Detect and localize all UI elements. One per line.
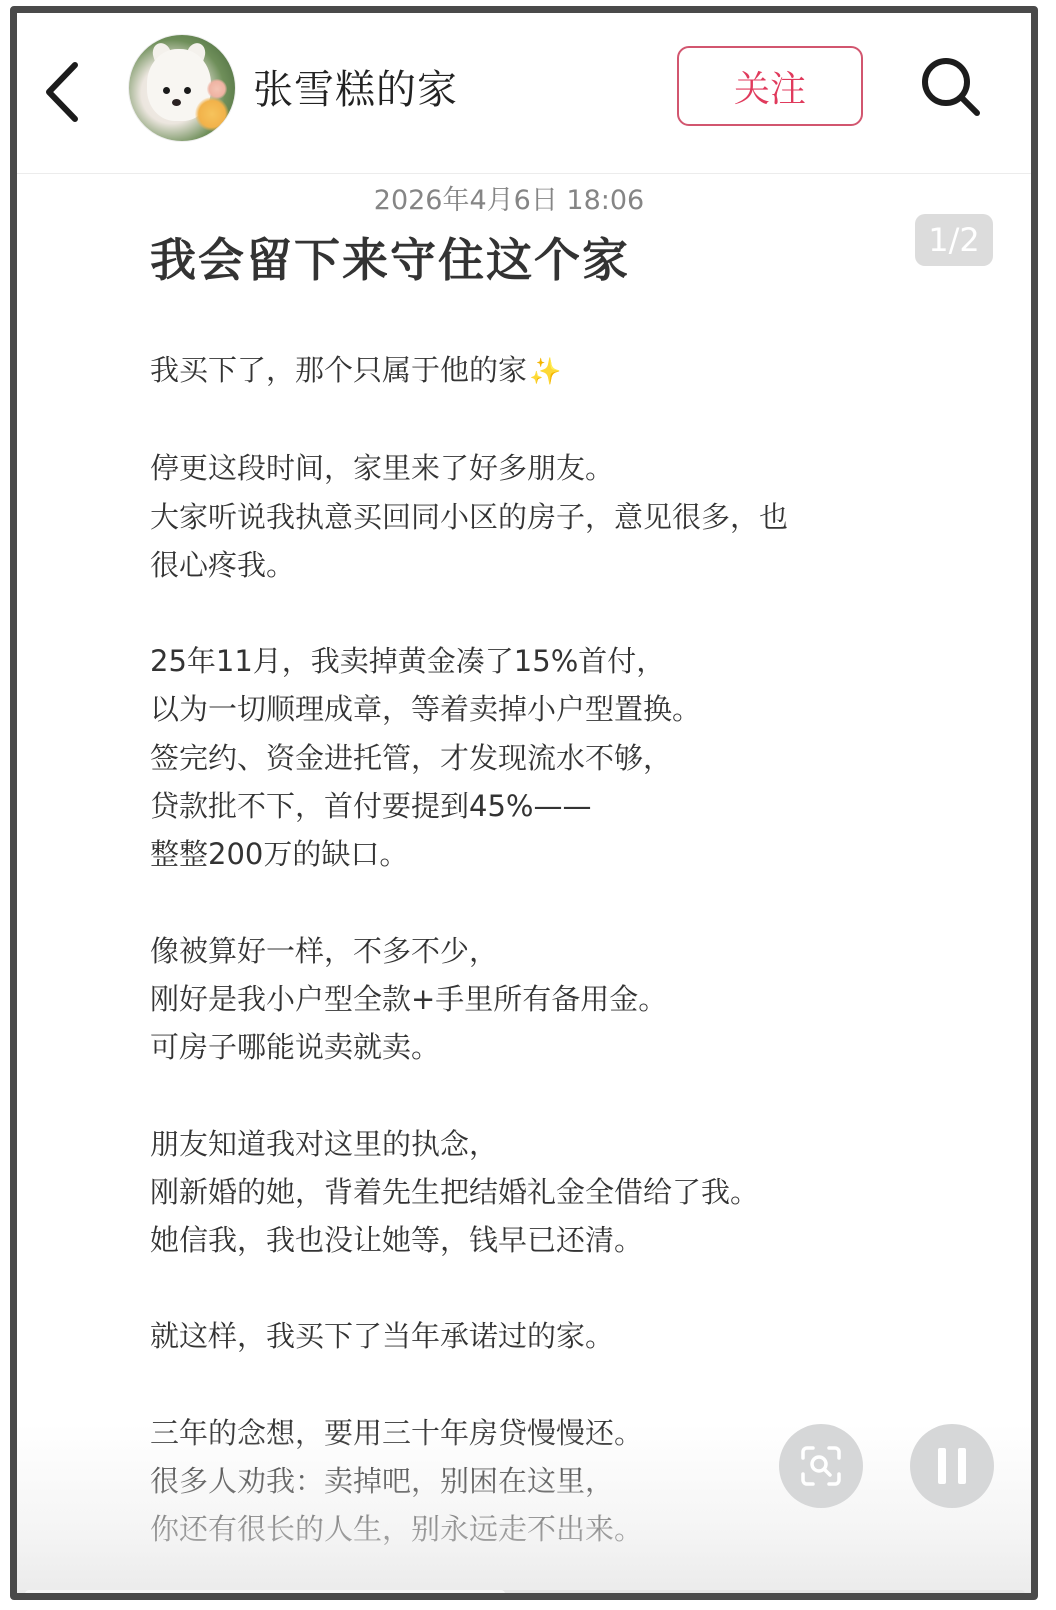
- avatar[interactable]: [129, 35, 235, 141]
- post-title: 我会留下来守住这个家: [150, 228, 630, 292]
- avatar-dog-eye-right: [184, 87, 191, 94]
- text-line: 朋友知道我对这里的执念，: [150, 1120, 910, 1168]
- pause-icon: [932, 1444, 972, 1488]
- page-indicator: 1/2: [915, 214, 993, 266]
- text-line: 贷款批不下，首付要提到45%——: [150, 782, 910, 830]
- text-line: 以为一切顺理成章，等着卖掉小户型置换。: [150, 685, 910, 733]
- avatar-dog-eye-left: [163, 87, 170, 94]
- post-timestamp: 2026年4月6日 18:06: [17, 178, 1031, 217]
- text-line: 大家听说我执意买回同小区的房子，意见很多，也: [150, 493, 910, 541]
- chevron-left-icon: [39, 57, 89, 127]
- scan-search-button[interactable]: [779, 1424, 863, 1508]
- follow-button-label: 关注: [734, 61, 806, 112]
- text-line: 整整200万的缺口。: [150, 830, 910, 878]
- post-body: 我买下了，那个只属于他的家✨ 停更这段时间，家里来了好多朋友。 大家听说我执意买…: [150, 346, 910, 1600]
- top-bar: 张雪糕的家 关注: [17, 13, 1031, 174]
- paragraph: 就这样，我买下了当年承诺过的家。: [150, 1312, 910, 1360]
- paragraph: 像被算好一样，不多不少， 刚好是我小户型全款+手里所有备用金。 可房子哪能说卖就…: [150, 927, 910, 1072]
- sparkles-icon: ✨: [529, 357, 561, 387]
- text-line: 你还有很长的人生，别永远走不出来。: [150, 1505, 910, 1553]
- search-button[interactable]: [915, 51, 987, 123]
- text-line: 签完约、资金进托管，才发现流水不够，: [150, 734, 910, 782]
- text-line: 像被算好一样，不多不少，: [150, 927, 910, 975]
- avatar-flower-pink: [207, 79, 227, 99]
- text-line: 很心疼我。: [150, 541, 910, 589]
- post-content[interactable]: 2026年4月6日 18:06 1/2 我会留下来守住这个家 我买下了，那个只属…: [17, 174, 1031, 1600]
- text-line: 刚好是我小户型全款+手里所有备用金。: [150, 975, 910, 1023]
- text-line: 可房子哪能说卖就卖。: [150, 1023, 910, 1071]
- pause-button[interactable]: [910, 1424, 994, 1508]
- reading-progress-fill: [25, 1590, 505, 1598]
- avatar-dog-nose: [172, 99, 181, 106]
- text-line: 她信我，我也没让她等，钱早已还清。: [150, 1216, 910, 1264]
- follow-button[interactable]: 关注: [677, 46, 863, 126]
- reading-progress-bar[interactable]: [25, 1590, 1025, 1598]
- text-line: 25年11月，我卖掉黄金凑了15%首付，: [150, 637, 910, 685]
- paragraph: 朋友知道我对这里的执念， 刚新婚的她，背着先生把结婚礼金全借给了我。 她信我，我…: [150, 1120, 910, 1265]
- text-line: 就这样，我买下了当年承诺过的家。: [150, 1312, 910, 1360]
- paragraph: 停更这段时间，家里来了好多朋友。 大家听说我执意买回同小区的房子，意见很多，也 …: [150, 444, 910, 589]
- text-line: 我买下了，那个只属于他的家✨: [150, 346, 910, 396]
- phone-frame: 张雪糕的家 关注 2026年4月6日 18:06 1/2 我会留下来守住这个家 …: [10, 6, 1038, 1600]
- search-icon: [915, 51, 987, 123]
- scan-search-icon: [797, 1442, 845, 1490]
- text-line-content: 我买下了，那个只属于他的家: [150, 353, 527, 387]
- text-line: 停更这段时间，家里来了好多朋友。: [150, 444, 910, 492]
- text-line: 刚新婚的她，背着先生把结婚礼金全借给了我。: [150, 1168, 910, 1216]
- back-button[interactable]: [39, 57, 89, 127]
- author-name[interactable]: 张雪糕的家: [253, 63, 458, 117]
- paragraph: 25年11月，我卖掉黄金凑了15%首付， 以为一切顺理成章，等着卖掉小户型置换。…: [150, 637, 910, 878]
- avatar-flower-yellow: [195, 97, 229, 131]
- paragraph: 我买下了，那个只属于他的家✨: [150, 346, 910, 396]
